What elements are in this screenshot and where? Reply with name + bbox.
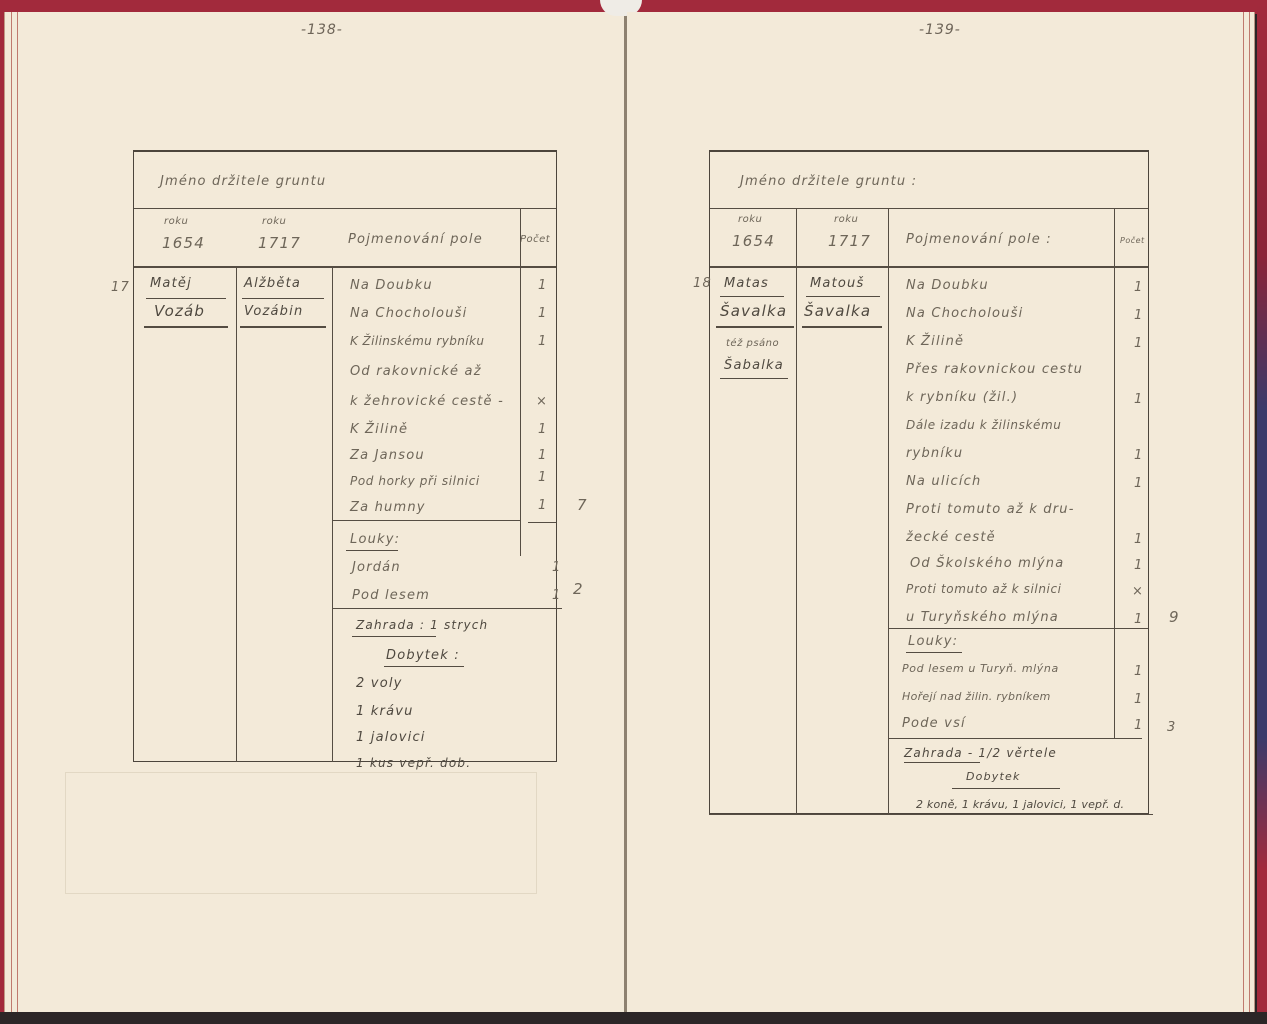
meadows-heading: Louky: (908, 634, 958, 649)
underline (384, 666, 464, 667)
field-name: Na Chocholouši (906, 306, 1023, 321)
header-divider (134, 208, 556, 209)
field-count: 1 (538, 334, 547, 349)
holder-1654-first: Matas (724, 276, 769, 291)
col-1717-year: 1717 (258, 234, 301, 252)
double-underline (240, 326, 326, 328)
field-name: Pod horky při silnici (350, 474, 480, 488)
holder-1717-surname: Šavalka (804, 302, 871, 320)
garden-line: Zahrada - 1/2 věrtele (904, 746, 1057, 760)
page-edge-line (1249, 12, 1250, 1012)
col-divider-1654 (796, 208, 797, 814)
holder-1717-first: Alžběta (244, 276, 301, 291)
meadow-count: 1 (1134, 664, 1143, 679)
col-1654-year: 1654 (162, 234, 205, 252)
meadow-name: Pod lesem u Turyň. mlýna (902, 662, 1059, 675)
meadows-total: 3 (1167, 720, 1176, 735)
page-number: -138- (301, 22, 343, 38)
double-underline (144, 326, 228, 328)
double-underline (802, 326, 882, 328)
holder-1717-first: Matouš (810, 276, 864, 291)
meadows-section-divider (332, 608, 562, 609)
entry-number: 18 (693, 276, 712, 291)
ledger-table: Jméno držitele gruntu roku 1654 roku 171… (133, 150, 557, 762)
page-number: -139- (919, 22, 961, 38)
field-count: 1 (538, 422, 547, 437)
underline (906, 652, 962, 653)
field-name: u Turyňského mlýna (906, 610, 1059, 625)
underline (242, 298, 324, 299)
count-sum-line (528, 522, 556, 523)
col-divider-count (520, 266, 521, 556)
meadow-name: Pode vsí (902, 716, 966, 731)
underline (720, 378, 788, 379)
field-name: K Žilinskému rybníku (350, 334, 484, 348)
holder-1717-surname: Vozábin (244, 304, 303, 319)
underline (352, 636, 436, 637)
field-name: Dále izadu k žilinskému (906, 418, 1062, 432)
col-divider-1717 (332, 266, 333, 762)
col-field-name: Pojmenování pole : (906, 232, 1052, 247)
double-underline (716, 326, 794, 328)
page-edge-line (11, 12, 12, 1012)
meadows-heading: Louky: (350, 532, 400, 547)
col-1717-label: roku (262, 216, 286, 227)
field-count: 1 (538, 306, 547, 321)
field-name: Za humny (350, 500, 426, 515)
field-count: 1 (1134, 476, 1143, 491)
book-bottom-shadow (0, 1012, 1267, 1024)
underline (806, 296, 880, 297)
entry-number: 17 (111, 280, 130, 295)
field-name: Na Doubku (350, 278, 433, 293)
garden-line: Zahrada : 1 strych (356, 618, 488, 632)
right-page: -139- Jméno držitele gruntu : roku 1654 … (627, 12, 1255, 1012)
meadows-total: 2 (573, 580, 584, 598)
meadow-count: 1 (1134, 692, 1143, 707)
col-count: Počet (1120, 236, 1145, 245)
field-count: 1 (1134, 308, 1143, 323)
livestock-heading: Dobytek (966, 770, 1021, 783)
field-name: Proti tomuto až k dru- (906, 502, 1075, 517)
holder-1654-surname: Vozáb (154, 302, 205, 320)
fields-total: 7 (577, 496, 588, 514)
meadow-name: Hořejí nad žilin. rybníkem (902, 690, 1051, 703)
header-title: Jméno držitele gruntu : (740, 174, 917, 189)
field-name: K Žilině (906, 334, 964, 349)
fields-section-divider (332, 520, 520, 521)
livestock-item: 1 jalovici (356, 730, 426, 745)
underline (346, 550, 398, 551)
col-1717-year: 1717 (828, 232, 871, 250)
field-name: žecké cestě (906, 530, 996, 545)
meadow-count: 1 (552, 560, 561, 575)
field-count: 1 (1134, 336, 1143, 351)
header-divider (710, 208, 1148, 209)
livestock-line: 2 koně, 1 krávu, 1 jalovici, 1 vepř. d. (916, 798, 1124, 811)
col-divider-1717 (888, 208, 889, 814)
holder-1654-note: též psáno (726, 338, 779, 349)
col-1717-label: roku (834, 214, 858, 225)
field-name: Od Školského mlýna (910, 556, 1064, 571)
field-name: k rybníku (žil.) (906, 390, 1018, 405)
field-name: k žehrovické cestě - (350, 394, 504, 409)
count-col-divider (520, 208, 521, 266)
field-name: Od rakovnické až (350, 364, 482, 379)
field-count: × (536, 394, 548, 409)
field-name: rybníku (906, 446, 963, 461)
fields-total: 9 (1169, 608, 1180, 626)
field-count: 1 (1134, 448, 1143, 463)
holder-1654-alt-surname: Šabalka (724, 358, 784, 373)
book-cover-right (1257, 0, 1267, 1024)
meadows-section-divider (888, 738, 1142, 739)
table-bottom-line (709, 814, 1153, 815)
field-name: Na Doubku (906, 278, 989, 293)
field-count: 1 (538, 448, 547, 463)
field-count: 1 (1134, 392, 1143, 407)
field-name: Za Jansou (350, 448, 425, 463)
col-divider-count (1114, 208, 1115, 738)
field-count: × (1132, 584, 1144, 599)
field-name: K Žilině (350, 422, 408, 437)
field-name: Přes rakovnickou cestu (906, 362, 1083, 377)
meadow-name: Pod lesem (352, 588, 430, 603)
column-header-divider (134, 266, 556, 268)
column-header-divider (710, 266, 1148, 268)
field-name: Proti tomuto až k silnici (906, 582, 1062, 596)
field-name: Na Chocholouši (350, 306, 467, 321)
livestock-item: 2 voly (356, 676, 403, 691)
col-divider-1654 (236, 266, 237, 762)
page-edge-line (17, 12, 18, 1012)
meadow-name: Jordán (352, 560, 401, 575)
col-count: Počet (520, 234, 550, 245)
col-1654-label: roku (164, 216, 188, 227)
holder-1654-first: Matěj (150, 276, 192, 291)
ledger-table: Jméno držitele gruntu : roku 1654 roku 1… (709, 150, 1149, 814)
col-1654-year: 1654 (732, 232, 775, 250)
header-title: Jméno držitele gruntu (160, 174, 326, 189)
livestock-heading: Dobytek : (386, 648, 460, 663)
field-count: 1 (538, 498, 547, 513)
meadow-count: 1 (1134, 718, 1143, 733)
underline (146, 298, 226, 299)
field-name: Na ulicích (906, 474, 981, 489)
field-count: 1 (538, 470, 547, 485)
col-field-name: Pojmenování pole (348, 232, 483, 247)
meadow-count: 1 (552, 588, 561, 603)
holder-1654-surname: Šavalka (720, 302, 787, 320)
field-count: 1 (1134, 532, 1143, 547)
underline (720, 296, 784, 297)
fields-section-divider (888, 628, 1148, 629)
bleed-through-ruling (65, 772, 537, 894)
page-edge-line (1243, 12, 1244, 1012)
livestock-item: 1 krávu (356, 704, 414, 719)
field-count: 1 (1134, 558, 1143, 573)
left-page: -138- Jméno držitele gruntu roku 1654 ro… (4, 12, 624, 1012)
field-count: 1 (1134, 612, 1143, 627)
underline (904, 762, 980, 763)
field-count: 1 (538, 278, 547, 293)
underline (952, 788, 1060, 789)
field-count: 1 (1134, 280, 1143, 295)
livestock-item: 1 kus vepř. dob. (356, 756, 471, 770)
col-1654-label: roku (738, 214, 762, 225)
